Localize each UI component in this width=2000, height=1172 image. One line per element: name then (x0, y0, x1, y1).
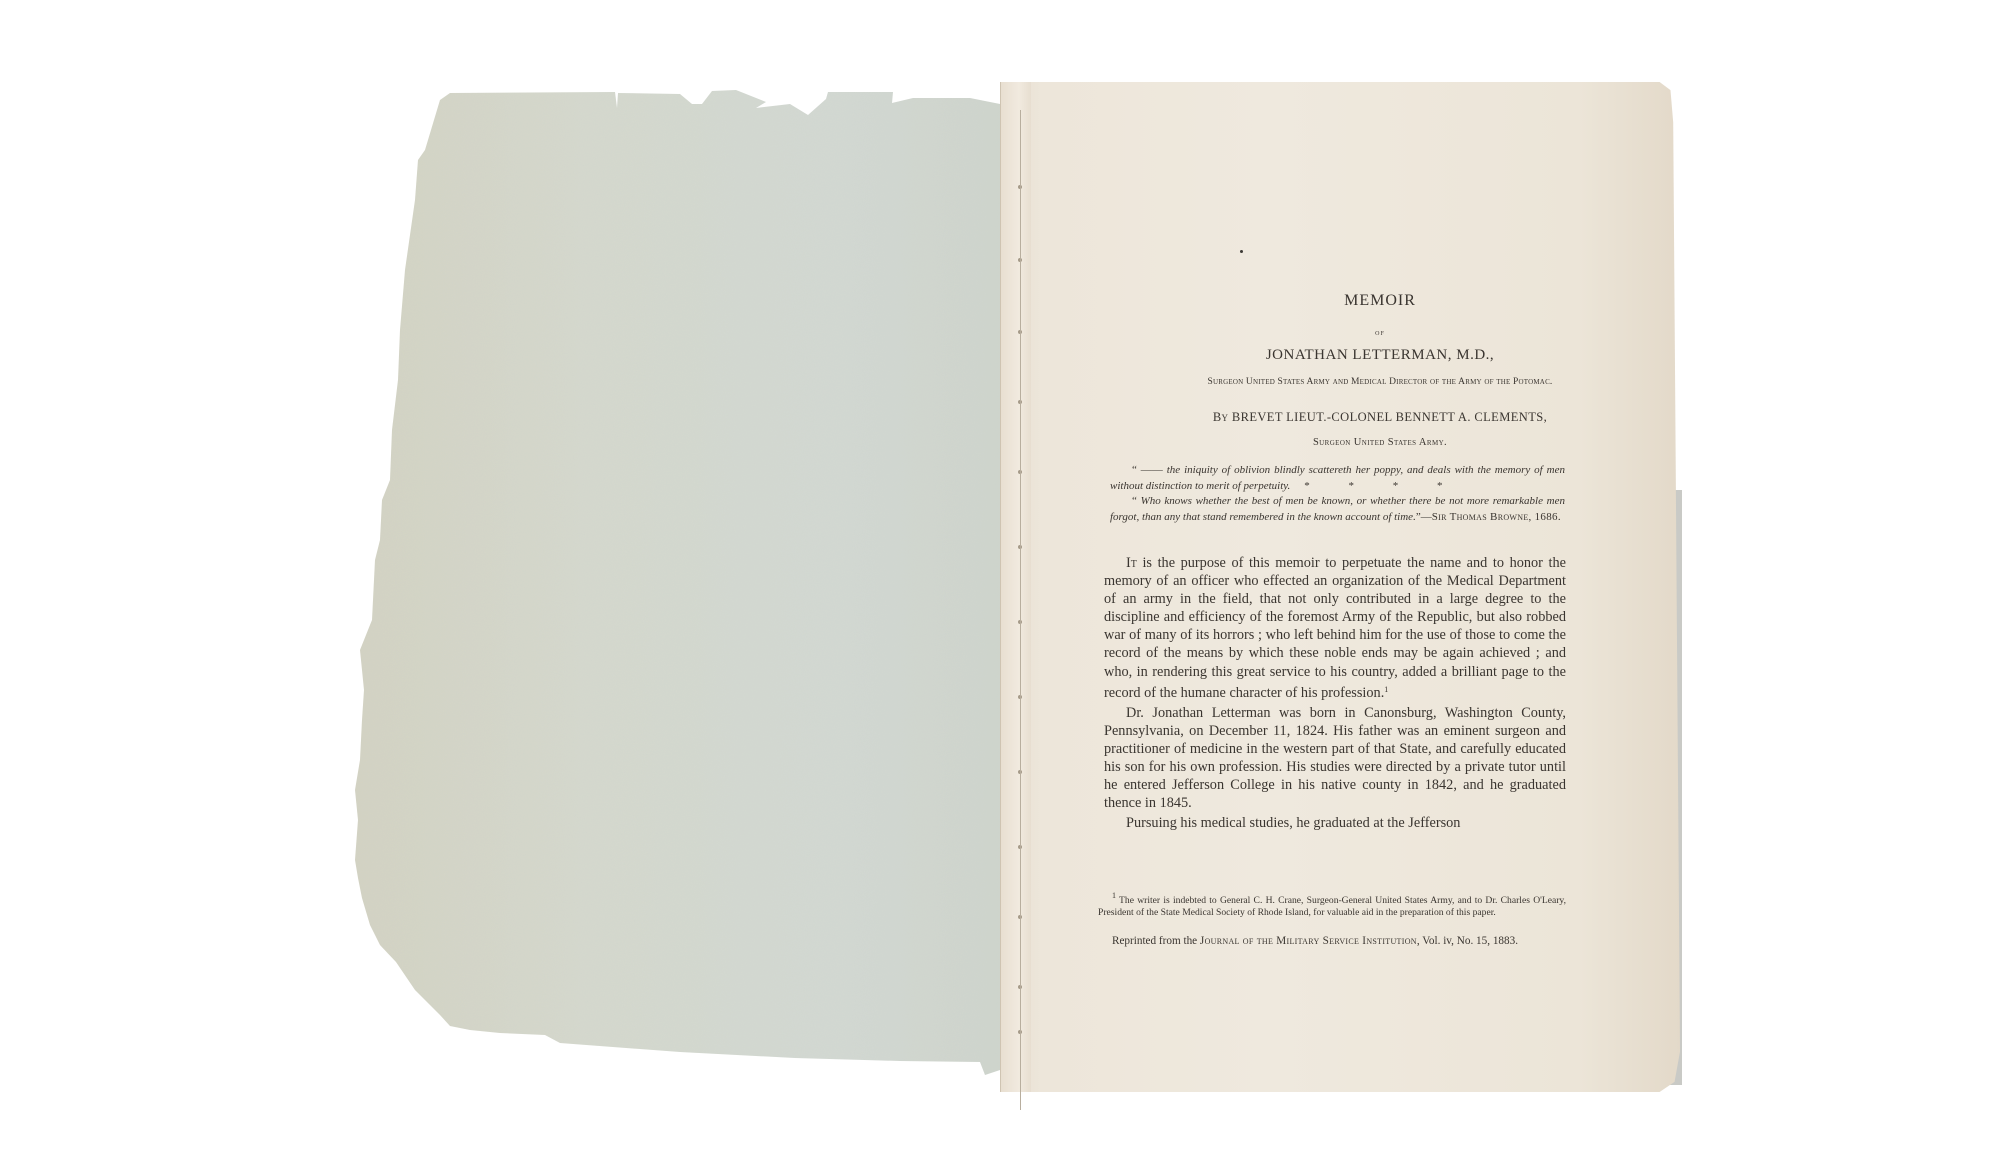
opening-word: It (1126, 555, 1137, 571)
title-connector: of (1100, 327, 1660, 337)
author-role: Surgeon United States Army. (1100, 437, 1660, 448)
journal-name: Journal of the Military Service Institut… (1200, 935, 1417, 947)
paragraph-text: is the purpose of this memoir to perpetu… (1104, 555, 1566, 701)
paragraph: Dr. Jonathan Letterman was born in Canon… (1104, 704, 1566, 813)
quote-mark: “ (1132, 495, 1141, 507)
paragraph: Pursuing his medical studies, he graduat… (1104, 814, 1566, 832)
footnote-reference: 1 (1384, 685, 1388, 694)
stitch-thread (1020, 110, 1023, 1110)
subject-role: Surgeon United States Army and Medical D… (1100, 377, 1660, 387)
stitched-spine (1000, 82, 1031, 1092)
author-line: By BREVET LIEUT.-COLONEL BENNETT A. CLEM… (1100, 410, 1660, 425)
document-title: MEMOIR (1100, 292, 1660, 310)
paragraph: It is the purpose of this memoir to perp… (1104, 554, 1566, 702)
quote-close: ”— (1416, 511, 1432, 523)
author-prefix: By (1213, 410, 1228, 424)
reprint-notice: Reprinted from the Journal of the Milita… (1098, 935, 1566, 948)
subject-name: JONATHAN LETTERMAN, M.D., (1100, 347, 1660, 364)
reprint-citation: , Vol. iv, No. 15, 1883. (1417, 935, 1518, 947)
reprint-prefix: Reprinted from the (1112, 935, 1200, 947)
footnote-text: The writer is indebted to General C. H. … (1098, 895, 1566, 918)
epigraph-attribution: Sir Thomas Browne, 1686. (1432, 511, 1561, 523)
ellipsis-stars: * * * * (1290, 480, 1460, 492)
footnote: 1 The writer is indebted to General C. H… (1098, 890, 1566, 918)
ink-speck (1240, 250, 1243, 253)
epigraph: “ —— the iniquity of oblivion blindly sc… (1110, 463, 1565, 525)
author-name: BREVET LIEUT.-COLONEL BENNETT A. CLEMENT… (1232, 410, 1547, 424)
quote-mark: “ —— (1132, 464, 1167, 476)
body-text: It is the purpose of this memoir to perp… (1104, 554, 1566, 832)
